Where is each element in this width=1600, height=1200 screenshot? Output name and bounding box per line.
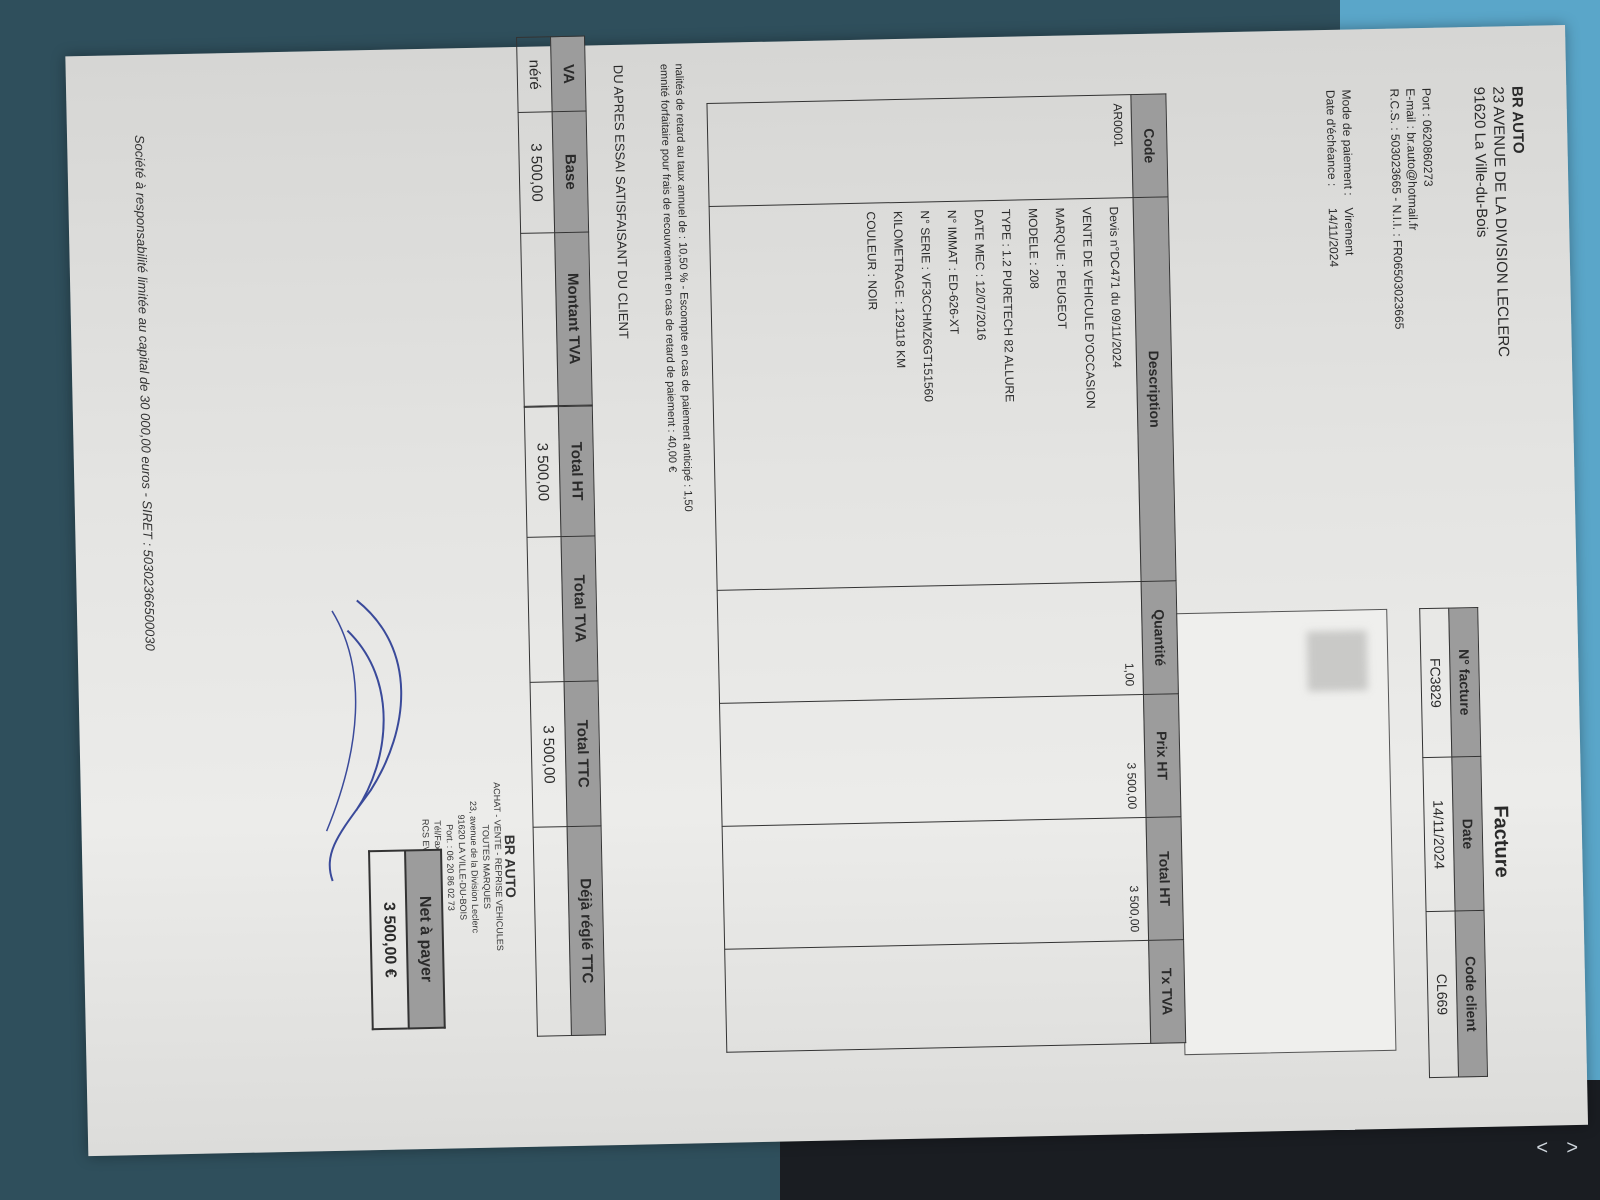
total-vat (527, 536, 564, 682)
already-paid (533, 827, 571, 1036)
payment-mode-label: Mode de paiement : (1338, 89, 1356, 207)
vat-amount (521, 232, 559, 406)
vat-amount-header: Montant TVA (555, 232, 593, 406)
invoice-date: 14/11/2024 (1423, 757, 1455, 912)
client-code: CL669 (1426, 911, 1458, 1077)
vat-summary: VA Base Montant TVA néré 3 500,00 (516, 36, 593, 407)
client-code-header: Code client (1455, 911, 1487, 1077)
seller-block: BR AUTO 23 AVENUE DE LA DIVISION LECLERC… (1469, 86, 1532, 358)
total-vat-header: Total TVA (561, 536, 598, 682)
invoice-title: Facture (1484, 606, 1517, 1076)
due-date-value: 14/11/2024 (1326, 208, 1341, 267)
line-description: Devis n°DC471 du 09/11/2024VENTE DE VEHI… (709, 198, 1141, 591)
line-code: AR0001 (707, 95, 1133, 207)
invoice-date-header: Date (1452, 757, 1484, 912)
already-paid-header: Déjà réglé TTC (567, 826, 605, 1035)
total-ttc: 3 500,00 (530, 681, 567, 827)
invoice-number-header: N° facture (1449, 607, 1481, 757)
total-ht-header: Total HT (558, 406, 595, 536)
vat-base-header: Base (552, 111, 589, 232)
col-quantity: Quantité (1141, 581, 1178, 695)
client-address-box (1175, 609, 1396, 1055)
invoice-number: FC3829 (1420, 608, 1452, 758)
total-ttc-header: Total TTC (564, 681, 601, 827)
total-ht: 3 500,00 (524, 407, 561, 537)
redacted-client-info (1307, 630, 1368, 691)
invoice-header-box: Facture N° facture Date Code client FC38… (1419, 606, 1517, 1078)
chevron-left-icon: < (1536, 1137, 1548, 1160)
line-vat-rate (725, 940, 1151, 1052)
invoice-meta-table: N° facture Date Code client FC3829 14/11… (1419, 607, 1488, 1078)
line-unit-price: 3 500,00 (720, 694, 1146, 826)
vat-code: néré (517, 37, 553, 113)
col-total-ht: Total HT (1146, 817, 1184, 941)
totals-summary: Total HT Total TVA Total TTC Déjà réglé … (524, 405, 606, 1036)
invoice-lines: Code Description Quantité Prix HT Total … (706, 93, 1186, 1052)
payment-terms: Mode de paiement :Virement Date d'échéan… (1322, 89, 1358, 267)
chevron-right-icon: > (1566, 1137, 1578, 1160)
company-legal-footer: Société à responsabilité limitée au capi… (132, 135, 158, 651)
due-date-label: Date d'échéance : (1322, 90, 1340, 208)
line-total-ht: 3 500,00 (722, 817, 1148, 949)
invoice-photo: BR AUTO 23 AVENUE DE LA DIVISION LECLERC… (20, 0, 1560, 1100)
vat-base: 3 500,00 (518, 112, 555, 233)
vat-code-header: VA (551, 36, 587, 112)
payment-mode-value: Virement (1342, 207, 1357, 255)
line-quantity: 1,00 (717, 582, 1143, 704)
col-unit-price: Prix HT (1143, 694, 1181, 818)
invoice-sheet: BR AUTO 23 AVENUE DE LA DIVISION LECLERC… (65, 25, 1588, 1156)
legal-notes: nalités de retard au taux annuel de : 10… (656, 63, 695, 512)
col-vat-rate: Tx TVA (1149, 940, 1186, 1044)
seller-contact: Port : 0620860273 E-mail : br.auto@hotma… (1386, 88, 1439, 330)
table-row: AR0001 Devis n°DC471 du 09/11/2024VENTE … (707, 95, 1151, 1053)
line-items-table: Code Description Quantité Prix HT Total … (706, 93, 1186, 1052)
signature (287, 589, 433, 892)
col-code: Code (1131, 94, 1168, 198)
warranty-note: DU APRES ESSAI SATISFAISANT DU CLIENT (611, 65, 632, 339)
